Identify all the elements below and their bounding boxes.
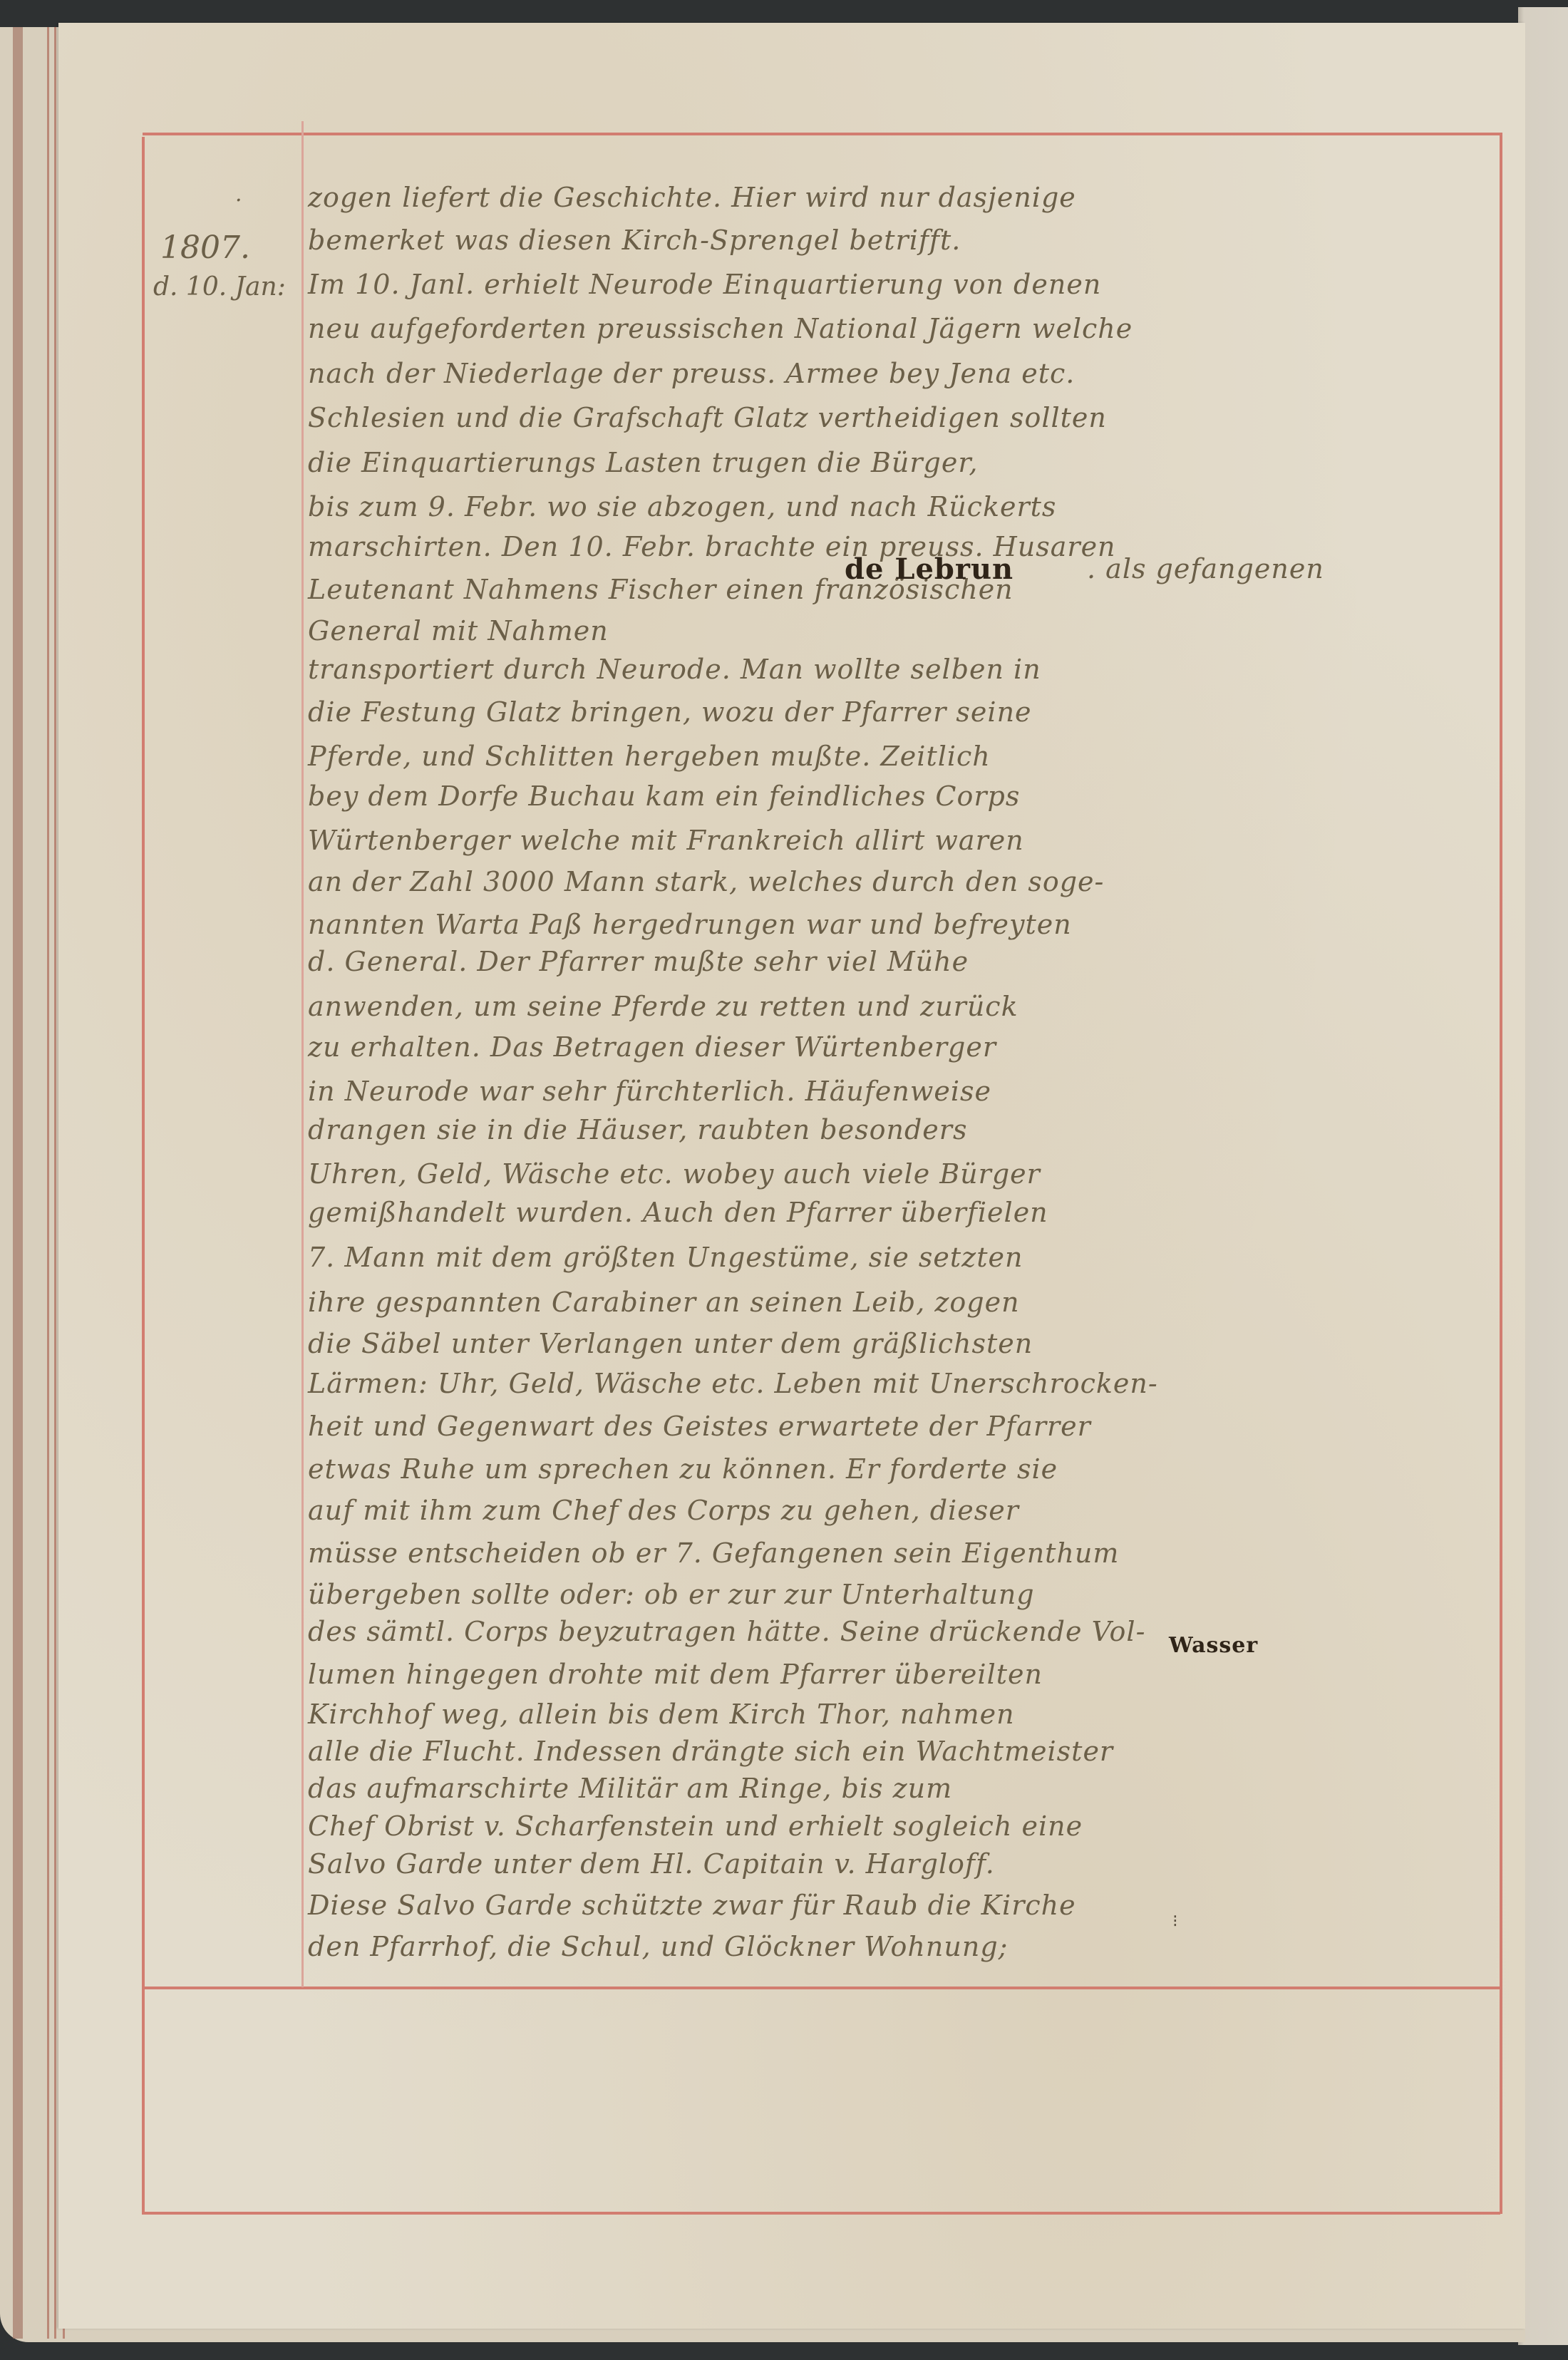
text-line: zu erhalten. Das Betragen dieser Würtenb… <box>308 1034 996 1061</box>
footer-divider-rule <box>143 1987 1500 1989</box>
text-line: Salvo Garde unter dem Hl. Capitain v. Ha… <box>308 1850 995 1877</box>
margin-dot: · <box>235 188 242 213</box>
text-line: Im 10. Janl. erhielt Neurode Einquartier… <box>308 271 1101 298</box>
text-line: heit und Gegenwart des Geistes erwartete… <box>308 1413 1091 1440</box>
text-line: die Säbel unter Verlangen unter dem gräß… <box>308 1330 1033 1357</box>
text-line: Chef Obrist v. Scharfenstein und erhielt… <box>308 1813 1083 1840</box>
text-line: müsse entscheiden ob er 7. Gefangenen se… <box>308 1540 1119 1567</box>
adjacent-page-edge <box>1518 7 1568 2345</box>
continuation-dots: ⁝ <box>1172 1917 1178 1924</box>
text-line: gemißhandelt wurden. Auch den Pfarrer üb… <box>308 1199 1048 1226</box>
text-line: General mit Nahmen <box>308 617 609 644</box>
stacked-page-edge <box>47 27 49 2339</box>
text-line: Pferde, und Schlitten hergeben mußte. Ze… <box>308 743 991 770</box>
text-line: lumen hingegen drohte mit dem Pfarrer üb… <box>308 1661 1043 1688</box>
text-line: nach der Niederlage der preuss. Armee be… <box>308 360 1075 387</box>
text-line: die Einquartierungs Lasten trugen die Bü… <box>308 449 978 476</box>
text-line: an der Zahl 3000 Mann stark, welches dur… <box>308 868 1104 895</box>
text-line: ihre gespannten Carabiner an seinen Leib… <box>308 1289 1020 1316</box>
text-line: bis zum 9. Febr. wo sie abzogen, und nac… <box>308 493 1056 520</box>
name-de-lebrun: de Lebrun <box>845 555 1013 584</box>
margin-date: d. 10. Jan: <box>153 272 286 302</box>
text-line: übergeben sollte oder: ob er zur zur Unt… <box>308 1581 1035 1608</box>
text-line: die Festung Glatz bringen, wozu der Pfar… <box>308 699 1032 726</box>
stacked-page-edge <box>54 27 56 2339</box>
text-line: Schlesien und die Grafschaft Glatz verth… <box>308 404 1107 431</box>
margin-year: 1807. <box>160 230 250 266</box>
text-line: in Neurode war sehr fürchterlich. Häufen… <box>308 1078 991 1105</box>
text-line: zogen liefert die Geschichte. Hier wird … <box>308 184 1076 211</box>
frame-top-rule <box>143 133 1500 135</box>
text-line: d. General. Der Pfarrer mußte sehr viel … <box>308 948 969 975</box>
text-line: auf mit ihm zum Chef des Corps zu gehen,… <box>308 1497 1019 1524</box>
text-line: Kirchhof weg, allein bis dem Kirch Thor,… <box>308 1701 1015 1728</box>
text-line: Diese Salvo Garde schützte zwar für Raub… <box>308 1892 1076 1919</box>
text-line: den Pfarrhof, die Schul, und Glöckner Wo… <box>308 1933 1008 1960</box>
text-line: Würtenberger welche mit Frankreich allir… <box>308 827 1024 854</box>
margin-column-rule <box>301 121 304 1987</box>
text-line: neu aufgeforderten preussischen National… <box>308 315 1133 342</box>
text-line: alle die Flucht. Indessen drängte sich e… <box>308 1738 1113 1765</box>
text-line: transportiert durch Neurode. Man wollte … <box>308 656 1041 683</box>
text-line: des sämtl. Corps beyzutragen hätte. Sein… <box>308 1618 1145 1645</box>
frame-bottom-rule <box>143 2212 1500 2215</box>
line-continuation: . als gefangenen <box>1087 555 1324 582</box>
text-line: 7. Mann mit dem größten Ungestüme, sie s… <box>308 1244 1023 1271</box>
frame-right-rule <box>1500 133 1502 2214</box>
text-line: nannten Warta Paß hergedrungen war und b… <box>308 911 1072 938</box>
text-line: Uhren, Geld, Wäsche etc. wobey auch viel… <box>308 1160 1041 1187</box>
text-line: anwenden, um seine Pferde zu retten und … <box>308 993 1018 1020</box>
text-line: Lärmen: Uhr, Geld, Wäsche etc. Leben mit… <box>308 1370 1158 1397</box>
frame-left-rule <box>142 137 145 2215</box>
text-line: das aufmarschirte Militär am Ringe, bis … <box>308 1775 952 1802</box>
text-line: drangen sie in die Häuser, raubten beson… <box>308 1116 967 1143</box>
inserted-word: Wasser <box>1169 1635 1258 1656</box>
text-line: bemerket was diesen Kirch-Sprengel betri… <box>308 227 961 254</box>
stacked-page-edge <box>13 27 23 2339</box>
text-line: etwas Ruhe um sprechen zu können. Er for… <box>308 1455 1058 1483</box>
text-line: bey dem Dorfe Buchau kam ein feindliches… <box>308 783 1020 810</box>
